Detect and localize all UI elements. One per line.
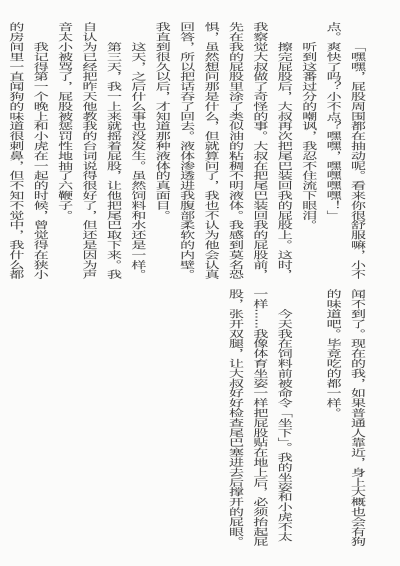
text-column: 今天我在饲料前被命令「坐下」。我的坐姿和小虎不太 [272, 289, 296, 548]
text-column: 回答，所以把话吞了回去。液体渗透进我腹部柔软的内壁。 [175, 22, 199, 281]
text-column: 一样……我像体育坐姿一样把屁股贴在地上后，必须抬起屁 [248, 289, 272, 548]
text-column: 先在我的屁股里涂了类似油的粘稠不明液体。我感到莫名恐 [224, 22, 248, 281]
text-column: 我察觉大叔做了奇怪的事。大叔在把尾巴装回我的屁股前， [248, 22, 272, 281]
text-column: 的房间里一直闻狗的味道很刺鼻，但不知不觉中，我什么都 [4, 22, 28, 281]
novel-page: 「嘿嘿，屁股周围都在抽动呢。看来你很舒服嘛，小不点。爽快了吗？小不点？嘿嘿，嘿嘿… [0, 0, 400, 566]
blank-line [297, 289, 321, 548]
text-column: 这天，之后什么事也没发生。虽然饲料和水还是一样。 [126, 22, 150, 281]
text-column: 「嘿嘿，屁股周围都在抽动呢。看来你很舒服嘛，小不 [346, 22, 370, 281]
text-column: 我记得第一个晚上和小虎在一起的时候，曾觉得在狭小 [28, 22, 52, 281]
text-column: 擦完屁股后，大叔再次把尾巴装回我的屁股上。这时， [272, 22, 296, 281]
text-block-top: 「嘿嘿，屁股周围都在抽动呢。看来你很舒服嘛，小不点。爽快了吗？小不点？嘿嘿，嘿嘿… [4, 22, 370, 281]
text-column: 点。爽快了吗？小不点？嘿嘿，嘿嘿嘿嘿！」 [321, 22, 345, 281]
text-column: 闻不到了。现在的我，如果普通人靠近，身上大概也会有狗 [346, 289, 370, 548]
text-column: 音太小被骂了，屁股被惩罚性地抽了六鞭子。 [53, 22, 77, 281]
text-column: 股，张开双腿，让大叔好好检查尾巴塞进去后撑开的屁眼。 [224, 289, 248, 548]
text-column: 自认为已经把昨天他教我的台词说得很好了，但还是因为声 [77, 22, 101, 281]
text-column: 听到这番过分的嘲讽，我忍不住流下眼泪。 [297, 22, 321, 281]
text-column: 惧，虽然想问那是什么，但就算问了，我也不认为他会认真 [199, 22, 223, 281]
text-column: 第三天，我一上来就摇着屁股，让他把尾巴取下来。我 [102, 22, 126, 281]
text-block-bottom: 闻不到了。现在的我，如果普通人靠近，身上大概也会有狗的味道吧。毕竟吃的都一样。今… [224, 289, 370, 548]
text-column: 的味道吧。毕竟吃的都一样。 [321, 289, 345, 548]
text-column: 我直到很久以后，才知道那种液体的真面目。 [150, 22, 174, 281]
